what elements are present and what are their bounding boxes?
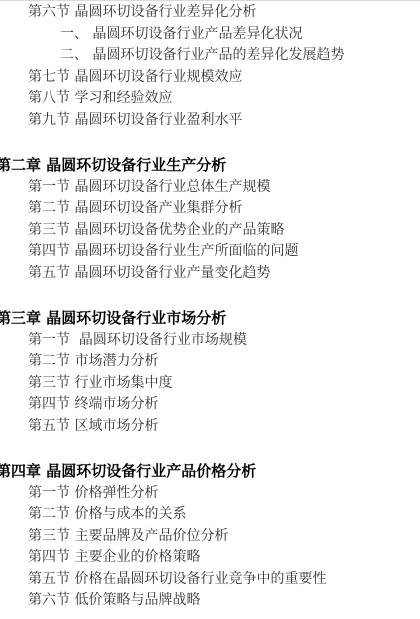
toc-group: 第四章 晶圆环切设备行业产品价格分析第一节 价格弹性分析第二节 价格与成本的关系… — [0, 461, 420, 612]
toc-entry: 第二节 晶圆环切设备产业集群分析 — [0, 198, 420, 220]
toc-entry: 第一节 价格弹性分析 — [0, 483, 420, 505]
toc-entry: 第六节 低价策略与品牌战略 — [0, 590, 420, 612]
toc-entry: 一、 晶圆环切设备行业产品差异化状况 — [0, 24, 420, 46]
document-page: 第六节 晶圆环切设备行业差异化分析一、 晶圆环切设备行业产品差异化状况二、 晶圆… — [0, 0, 420, 612]
toc-group: 第六节 晶圆环切设备行业差异化分析一、 晶圆环切设备行业产品差异化状况二、 晶圆… — [0, 2, 420, 131]
toc-entry: 第四节 终端市场分析 — [0, 394, 420, 416]
toc-group: 第二章 晶圆环切设备行业生产分析第一节 晶圆环切设备行业总体生产规模第二节 晶圆… — [0, 155, 420, 284]
toc-entry: 二、 晶圆环切设备行业产品的差异化发展趋势 — [0, 45, 420, 67]
toc-entry: 第五节 晶圆环切设备行业产量变化趋势 — [0, 263, 420, 285]
toc-entry: 第四节 主要企业的价格策略 — [0, 547, 420, 569]
toc-group: 第三章 晶圆环切设备行业市场分析第一节 晶圆环切设备行业市场规模第二节 市场潜力… — [0, 308, 420, 437]
toc-chapter-heading: 第二章 晶圆环切设备行业生产分析 — [0, 155, 420, 177]
toc-entry: 第一节 晶圆环切设备行业市场规模 — [0, 330, 420, 352]
toc-entry: 第三节 晶圆环切设备优势企业的产品策略 — [0, 220, 420, 242]
toc-entry: 第八节 学习和经验效应 — [0, 88, 420, 110]
toc-entry: 第九节 晶圆环切设备行业盈利水平 — [0, 110, 420, 132]
toc-entry: 第三节 行业市场集中度 — [0, 373, 420, 395]
toc-entry: 第五节 价格在晶圆环切设备行业竞争中的重要性 — [0, 569, 420, 591]
toc-entry: 第一节 晶圆环切设备行业总体生产规模 — [0, 177, 420, 199]
toc-chapter-heading: 第三章 晶圆环切设备行业市场分析 — [0, 308, 420, 330]
toc-entry: 第四节 晶圆环切设备行业生产所面临的问题 — [0, 241, 420, 263]
toc-entry: 第二节 价格与成本的关系 — [0, 504, 420, 526]
toc-entry: 第五节 区域市场分析 — [0, 416, 420, 438]
table-of-contents: 第六节 晶圆环切设备行业差异化分析一、 晶圆环切设备行业产品差异化状况二、 晶圆… — [0, 1, 420, 612]
toc-entry: 第六节 晶圆环切设备行业差异化分析 — [0, 2, 420, 24]
toc-entry: 第二节 市场潜力分析 — [0, 351, 420, 373]
toc-chapter-heading: 第四章 晶圆环切设备行业产品价格分析 — [0, 461, 420, 483]
toc-entry: 第三节 主要品牌及产品价位分析 — [0, 526, 420, 548]
toc-entry: 第七节 晶圆环切设备行业规模效应 — [0, 67, 420, 89]
